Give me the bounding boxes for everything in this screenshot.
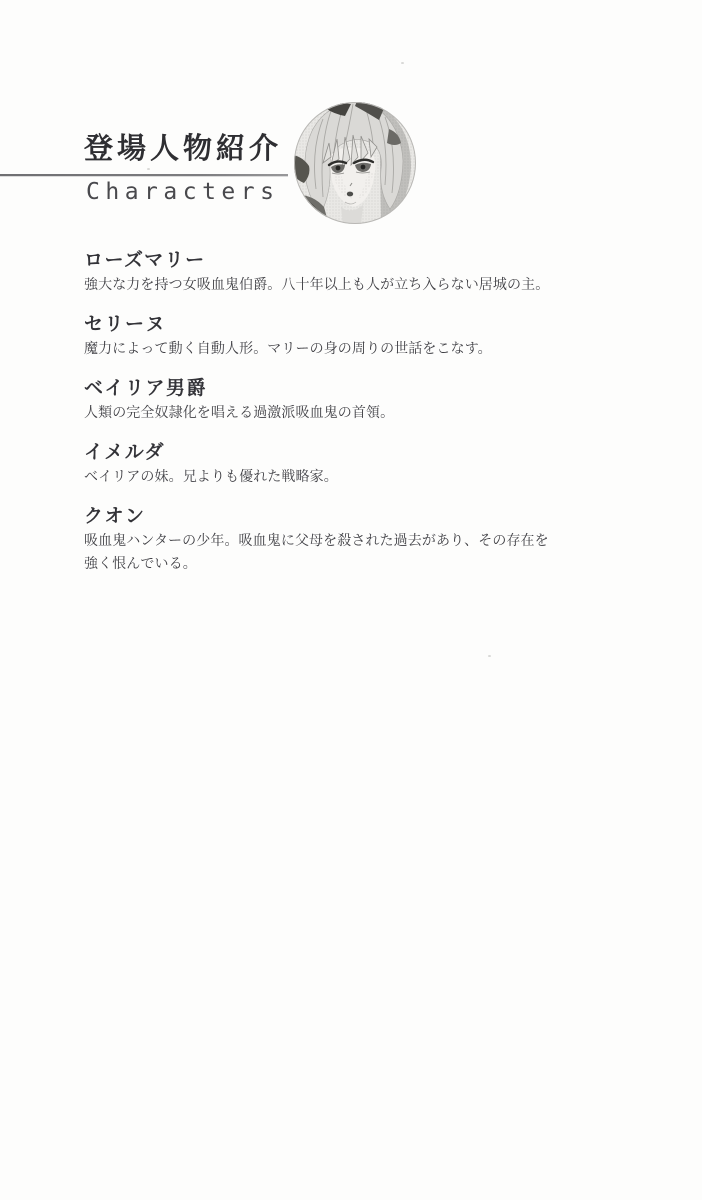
character-entry-rosemary: ローズマリー 強大な力を持つ女吸血鬼伯爵。八十年以上も人が立ち入らない居城の主。 (84, 250, 564, 297)
page-subtitle: Characters (86, 179, 279, 205)
character-name: クオン (84, 506, 564, 526)
character-name: ローズマリー (84, 250, 564, 270)
character-entry-baron-beilia: ベイリア男爵 人類の完全奴隷化を唱える過激派吸血鬼の首領。 (84, 378, 564, 425)
character-description: 魔力によって動く自動人形。マリーの身の周りの世話をこなす。 (84, 338, 550, 361)
manga-girl-portrait-icon (293, 101, 417, 225)
scan-speck (488, 655, 491, 657)
character-list: ローズマリー 強大な力を持つ女吸血鬼伯爵。八十年以上も人が立ち入らない居城の主。… (84, 250, 564, 593)
page-title: 登場人物紹介 (84, 126, 282, 167)
scan-speck (401, 62, 404, 64)
character-description: 強大な力を持つ女吸血鬼伯爵。八十年以上も人が立ち入らない居城の主。 (84, 274, 550, 297)
character-description: 人類の完全奴隷化を唱える過激派吸血鬼の首領。 (84, 402, 550, 425)
character-name: イメルダ (84, 442, 564, 462)
character-description: 吸血鬼ハンターの少年。吸血鬼に父母を殺された過去があり、その存在を強く恨んでいる… (84, 530, 550, 576)
character-entry-kuon: クオン 吸血鬼ハンターの少年。吸血鬼に父母を殺された過去があり、その存在を強く恨… (84, 506, 564, 576)
character-portrait-image (293, 101, 417, 225)
characters-page: 登場人物紹介 Characters (0, 0, 702, 1200)
character-name: ベイリア男爵 (84, 378, 564, 398)
character-name: セリーヌ (84, 314, 564, 334)
header-rule (0, 174, 288, 176)
character-entry-celine: セリーヌ 魔力によって動く自動人形。マリーの身の周りの世話をこなす。 (84, 314, 564, 361)
scan-speck (147, 168, 150, 170)
character-description: ベイリアの妹。兄よりも優れた戦略家。 (84, 466, 550, 489)
character-entry-imelda: イメルダ ベイリアの妹。兄よりも優れた戦略家。 (84, 442, 564, 489)
